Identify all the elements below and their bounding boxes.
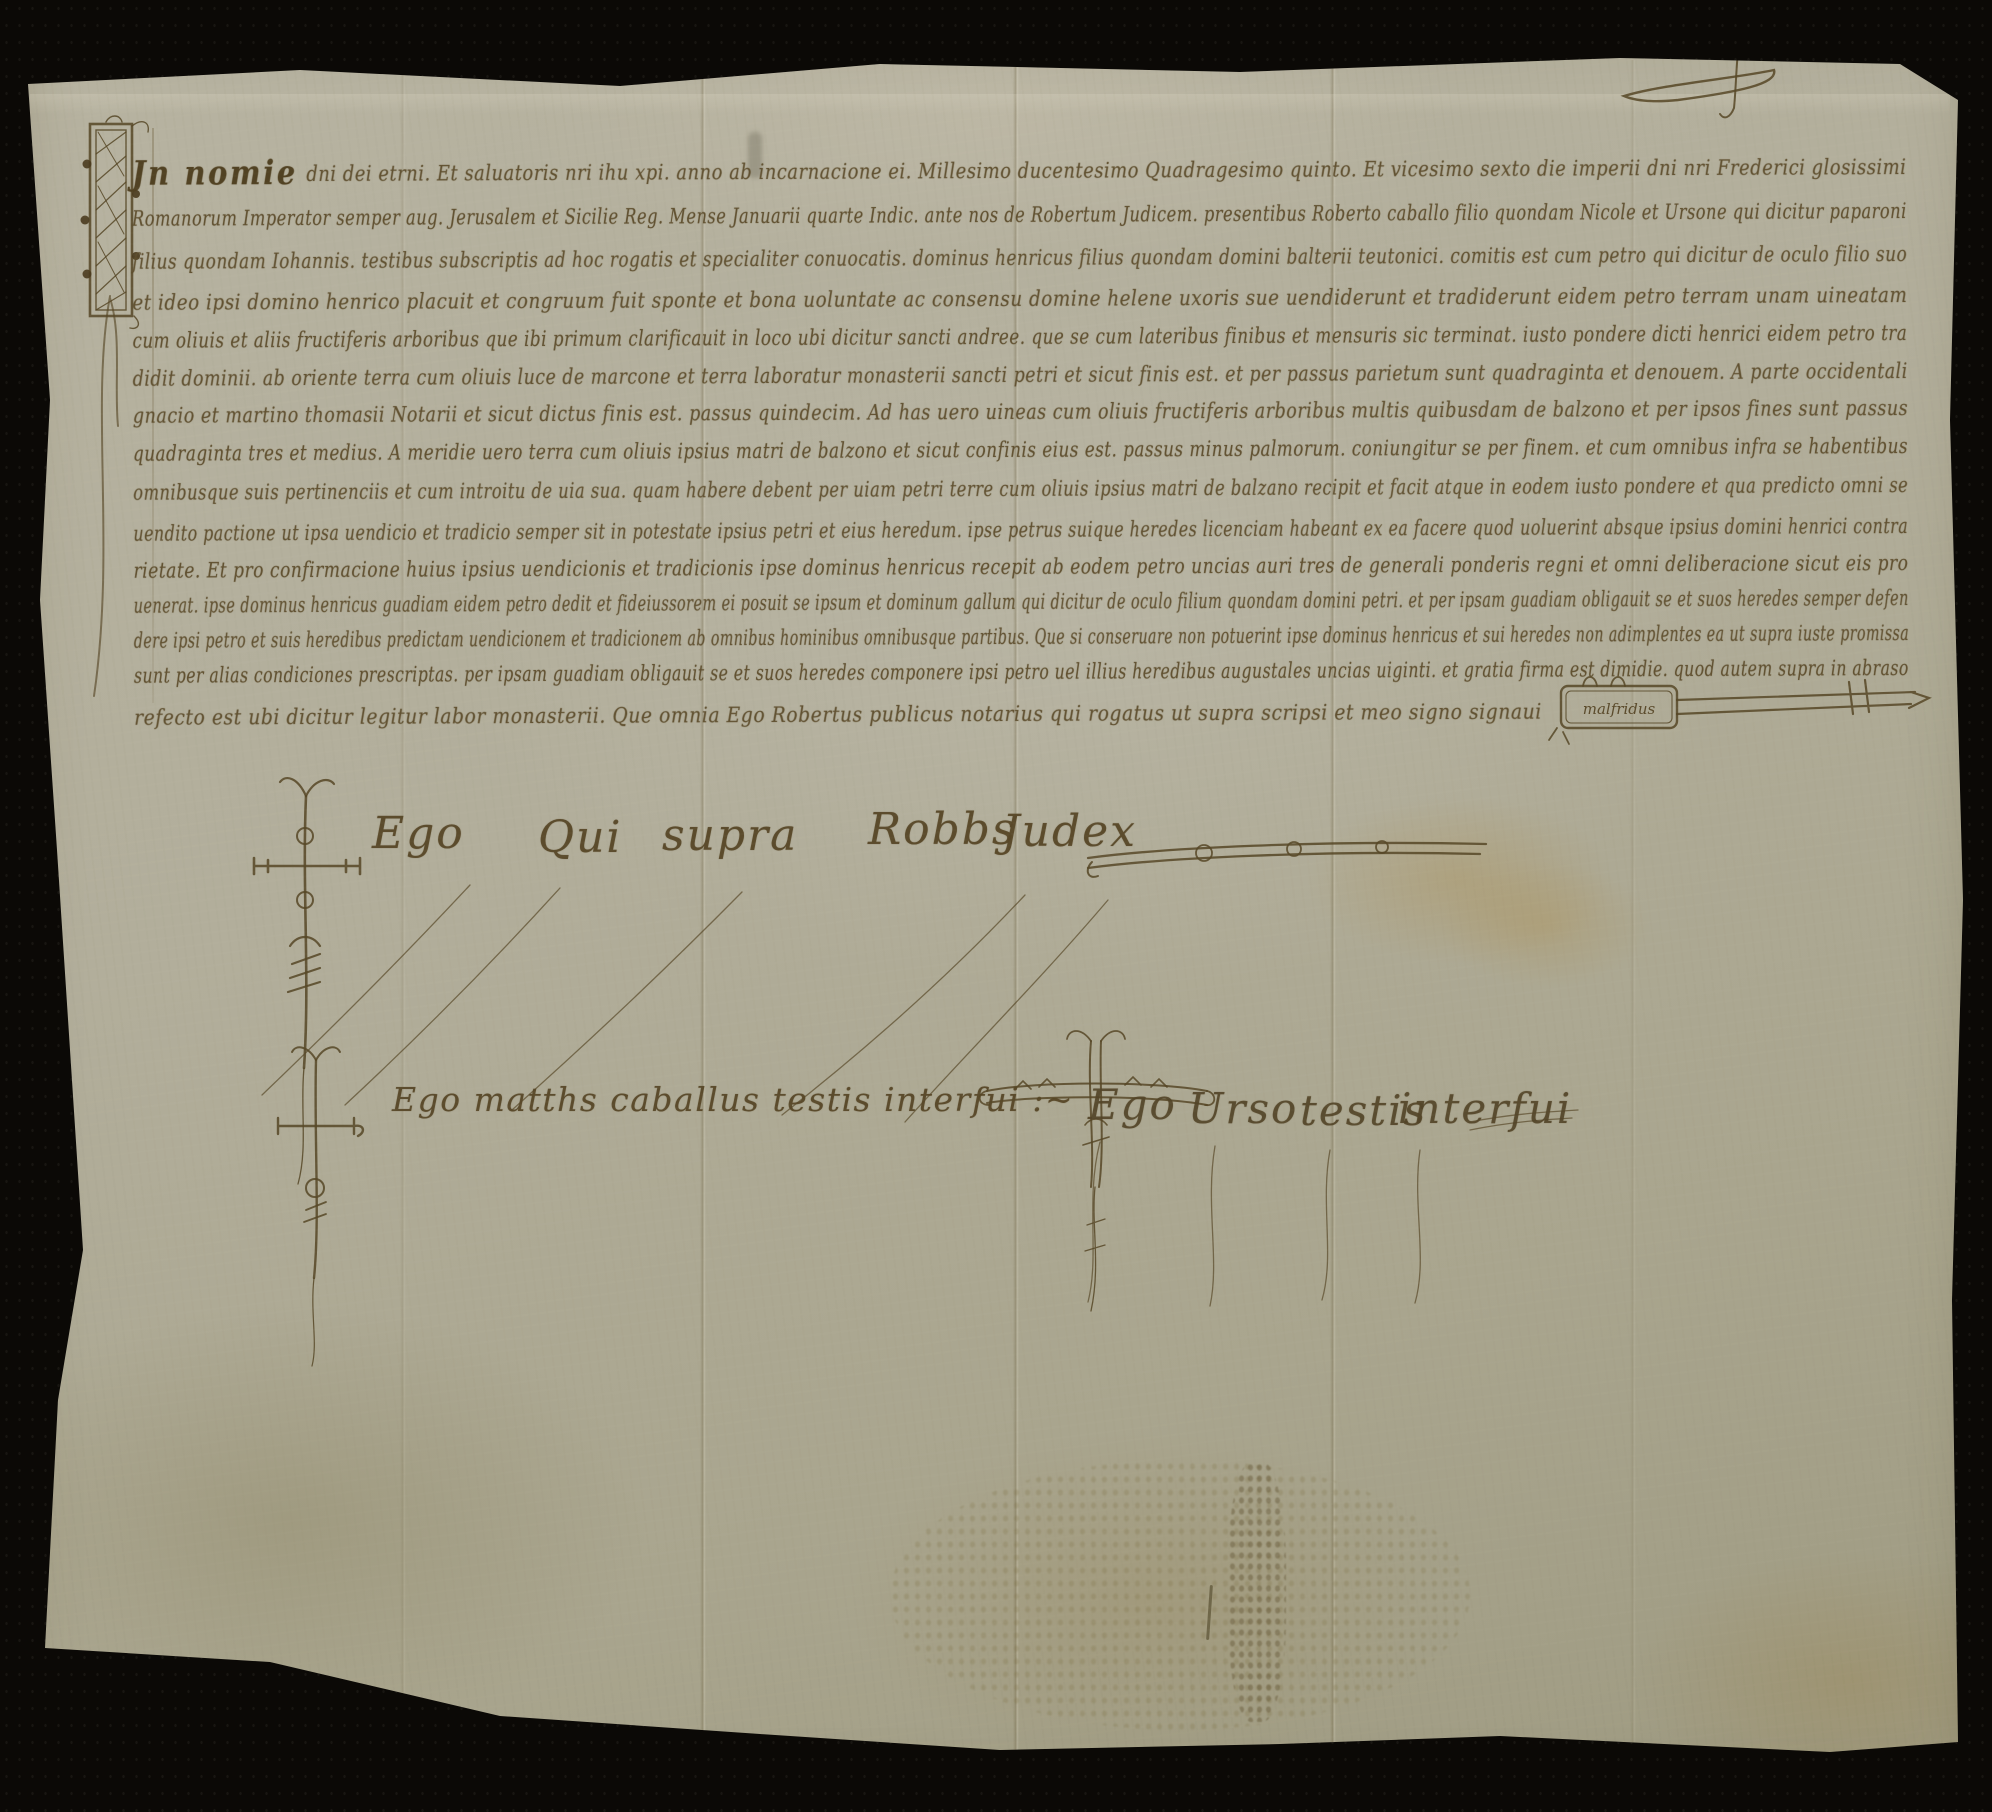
signature-word: Qui (538, 812, 622, 863)
fold-crease (1630, 60, 1636, 1755)
signature-word: Urso (1188, 1084, 1298, 1133)
margin-flourish-tail (84, 296, 134, 716)
signature-hairline-tails (0, 0, 1992, 1812)
fold-crease (1330, 60, 1336, 1755)
signature-word: testis (1300, 1086, 1427, 1135)
signature-word: Ego (372, 808, 465, 859)
margin-ruling-line (152, 128, 154, 703)
signature-word: supra (662, 810, 798, 861)
manuscript-line: didit dominii. ab oriente terra cum oliu… (133, 359, 1908, 401)
notary-signum-cartouche: malfridus (1553, 668, 1943, 758)
manuscript-closing-line: refecto est ubi dicitur legitur labor mo… (134, 700, 1542, 740)
witness1-signature-text: Ego matths caballus testis interfui :~ (392, 1080, 1074, 1119)
manuscript-line: sunt per alias condiciones prescriptas. … (134, 656, 1909, 698)
notarial-cross-signum-witness2 (975, 1025, 1225, 1315)
stain-mottling (890, 1460, 1470, 1730)
manuscript-line: rietate. Et pro confirmacione huius ipsi… (133, 551, 1908, 593)
manuscript-line: uenerat. ipse dominus henricus guadiam e… (134, 586, 1909, 628)
notarial-cross-signum-judge (246, 768, 376, 1188)
grey-smudge (748, 132, 762, 178)
fold-crease (400, 60, 406, 1755)
manuscript-line: filius quondam Iohannis. testibus subscr… (132, 242, 1907, 284)
manuscript-line: et ideo ipsi domino henrico placuit et c… (132, 283, 1907, 325)
manuscript-line: Romanorum Imperator semper aug. Jerusale… (132, 199, 1907, 241)
opening-words: Jn nomie (132, 153, 298, 194)
photograph-stage: Jn nomiedni dei etrni. Et saluatoris nri… (0, 0, 1992, 1812)
signature-word: Robbs (868, 804, 1017, 855)
decorated-initial-i (80, 116, 154, 330)
notary-signum-text: malfridus (1583, 700, 1656, 718)
judge-signature-flourish (1082, 822, 1502, 892)
fold-crease (1013, 60, 1019, 1755)
signature-word: Ego (1088, 1080, 1177, 1129)
ink-scratch (1206, 1585, 1213, 1640)
charter-text-block: Jn nomiedni dei etrni. Et saluatoris nri… (0, 0, 1992, 1812)
stain-speckle-column (1228, 1462, 1286, 1722)
manuscript-line: quadraginta tres et medius. A meridie ue… (133, 434, 1908, 476)
fold-crease (700, 60, 706, 1755)
notarial-cross-signum-witness1 (268, 1038, 368, 1368)
signature-word: Judex (1002, 806, 1137, 857)
top-fold-highlight (30, 94, 1950, 114)
manuscript-line: cum oliuis et aliis fructiferis arboribu… (132, 321, 1907, 363)
parchment-sheet: Jn nomiedni dei etrni. Et saluatoris nri… (0, 0, 1992, 1812)
manuscript-line: dere ipsi petro et suis heredibus predic… (134, 621, 1909, 663)
manuscript-line: Jn nomiedni dei etrni. Et saluatoris nri… (132, 146, 1907, 188)
line-end-banner-flourish (1618, 44, 1788, 124)
manuscript-line: uendito pactione ut ipsa uendicio et tra… (133, 514, 1908, 556)
line-text: dni dei etrni. Et saluatoris nri ihu xpi… (306, 155, 1906, 186)
signature-word: interfui (1398, 1084, 1572, 1133)
manuscript-line: omnibusque suis pertinenciis et cum intr… (133, 473, 1908, 515)
manuscript-line: gnacio et martino thomasii Notarii et si… (133, 396, 1908, 438)
